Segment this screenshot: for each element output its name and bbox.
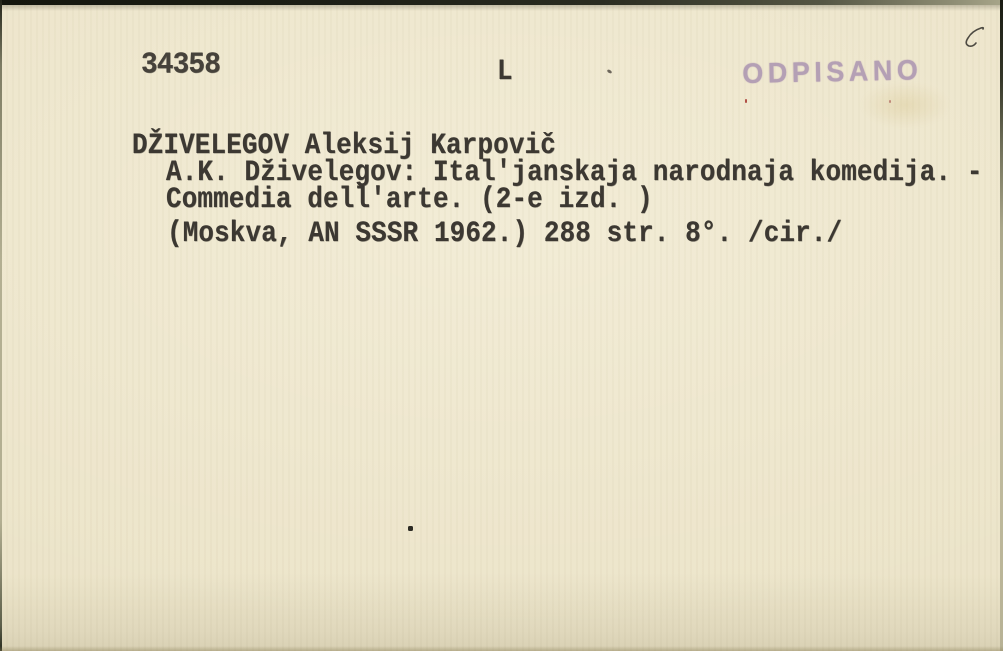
red-speck <box>745 99 747 103</box>
scan-edge-left <box>0 0 2 651</box>
odpisano-stamp: ODPISANO <box>742 56 923 88</box>
ink-speck-dot <box>408 526 413 531</box>
title-line-2: Commedia dell'arte. (2-e izd. ) <box>166 184 653 214</box>
scan-edge-bottom <box>0 646 1003 651</box>
scan-edge-top-shadow <box>0 5 1003 11</box>
red-speck-2 <box>889 100 891 103</box>
ink-smudge <box>860 82 950 128</box>
paper-speck <box>607 69 613 74</box>
pencil-mark-icon <box>957 25 991 60</box>
imprint-line: (Moskva, AN SSSR 1962.) 288 str. 8°. /ci… <box>167 218 842 248</box>
section-letter: L <box>497 56 513 86</box>
call-number: 34358 <box>141 51 220 81</box>
paper-texture <box>0 0 1003 651</box>
catalog-card-scan: 34358 L ODPISANO DŽIVELEGOV Aleksij Karp… <box>0 0 1003 651</box>
